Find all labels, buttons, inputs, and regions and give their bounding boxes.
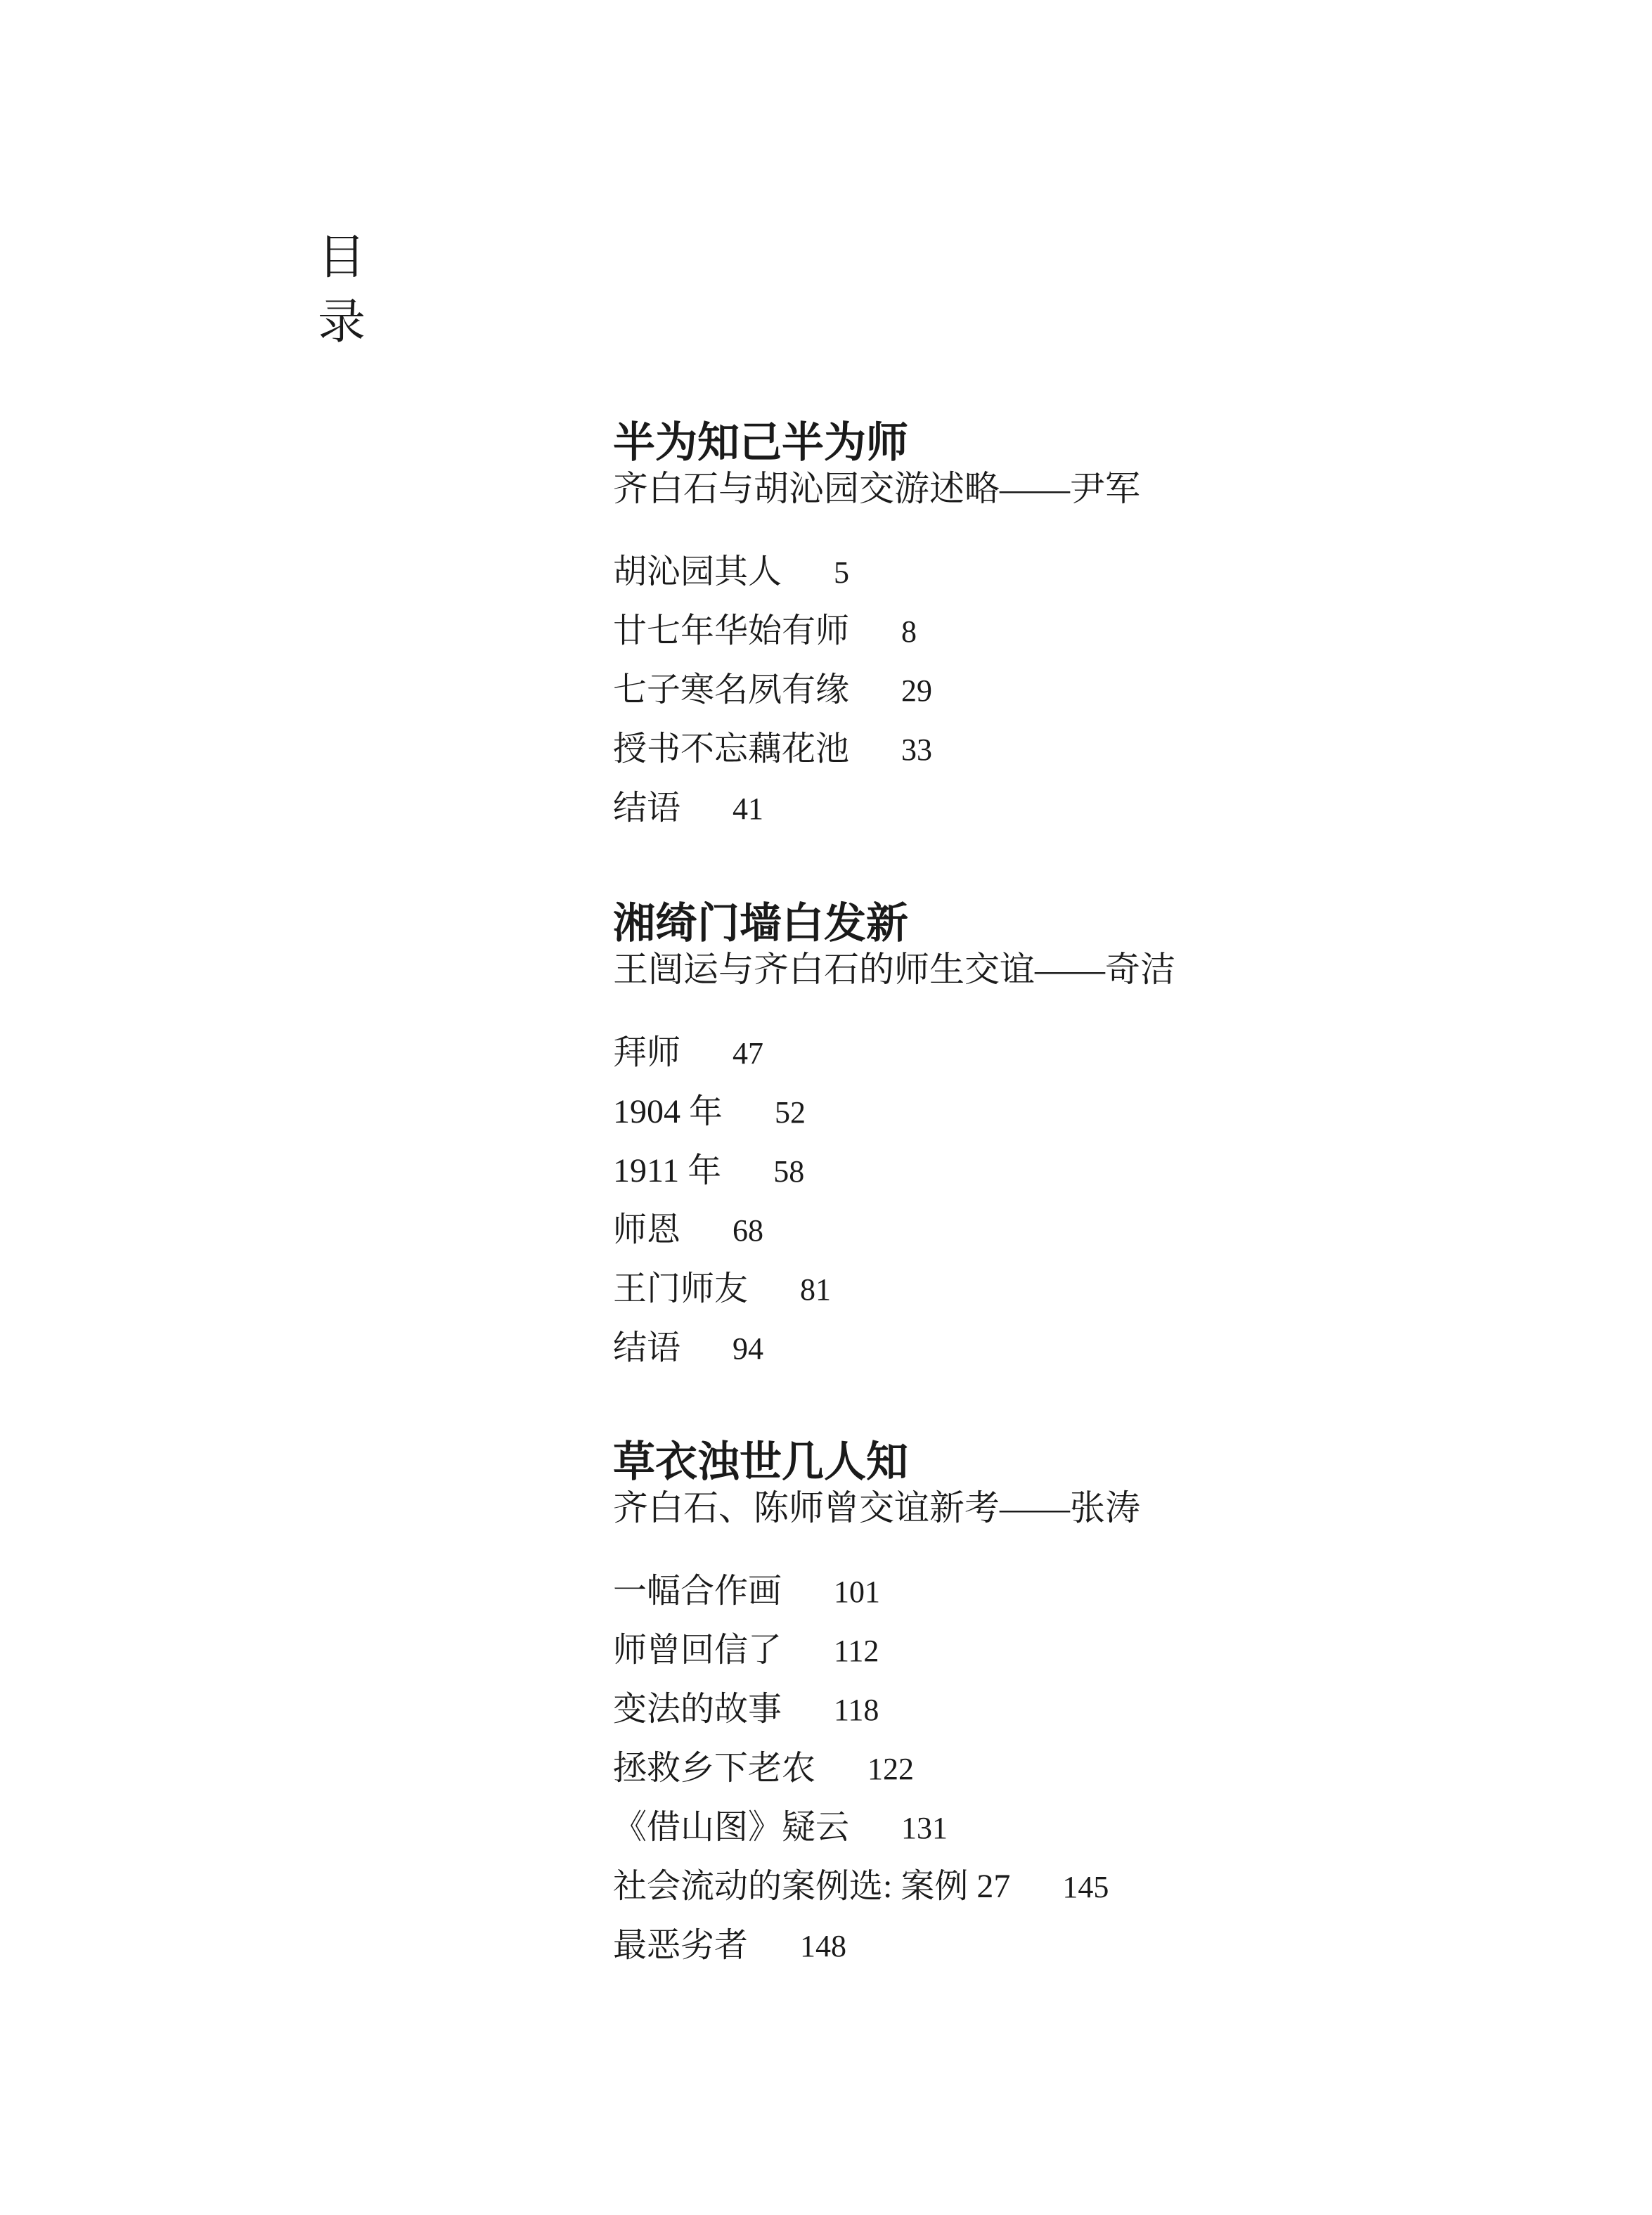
toc-entry-page: 29: [901, 673, 932, 708]
toc-entry-page: 101: [834, 1575, 880, 1609]
toc-entry-page: 47: [733, 1036, 763, 1071]
toc-entry: 廿七年华始有师8: [613, 602, 1140, 661]
toc-entry-label: 《借山图》疑云: [613, 1809, 849, 1846]
toc-entry-label: 社会流动的案例选: 案例 27: [613, 1868, 1010, 1905]
section-1-entries: 胡沁园其人5 廿七年华始有师8 七子寒名夙有缘29 授书不忘藕花池33 结语41: [613, 543, 1140, 838]
toc-entry: 授书不忘藕花池33: [613, 720, 1140, 779]
toc-entry: 七子寒名夙有缘29: [613, 661, 1140, 720]
toc-entry-page: 52: [775, 1095, 806, 1130]
toc-entry: 师曾回信了112: [613, 1621, 1140, 1680]
toc-entry-label: 1911 年: [613, 1152, 721, 1189]
page-title-char-2: 录: [318, 290, 366, 354]
section-2-entries: 拜师47 1904 年52 1911 年58 师恩68 王门师友81 结语94: [613, 1023, 1175, 1378]
toc-entry-label: 师曾回信了: [613, 1632, 782, 1669]
page-title-char-1: 目: [318, 225, 366, 290]
toc-entry: 拜师47: [613, 1023, 1175, 1083]
toc-entry: 最恶劣者148: [613, 1916, 1140, 1975]
section-3-entries: 一幅合作画101 师曾回信了112 变法的故事118 拯救乡下老农122 《借山…: [613, 1562, 1140, 1975]
toc-entry: 《借山图》疑云131: [613, 1798, 1140, 1857]
toc-entry-label: 王门师友: [613, 1270, 748, 1307]
toc-entry-page: 145: [1062, 1870, 1109, 1904]
toc-entry-label: 胡沁园其人: [613, 553, 782, 590]
toc-entry-label: 1904 年: [613, 1093, 723, 1130]
toc-entry: 变法的故事118: [613, 1680, 1140, 1739]
toc-page: 目 录 半为知己半为师 齐白石与胡沁园交游述略——尹军 胡沁园其人5 廿七年华始…: [0, 0, 1652, 2215]
toc-entry: 结语94: [613, 1319, 1175, 1378]
toc-section-2: 湘绮门墙白发新 王闿运与齐白石的师生交谊——奇洁 拜师47 1904 年52 1…: [613, 903, 1175, 1378]
page-title: 目 录: [318, 225, 366, 354]
section-3-title: 草衣浊世几人知: [613, 1441, 1140, 1483]
toc-entry-label: 结语: [613, 789, 680, 827]
toc-entry-label: 变法的故事: [613, 1691, 782, 1728]
toc-entry: 胡沁园其人5: [613, 543, 1140, 602]
toc-entry-page: 118: [834, 1693, 879, 1727]
toc-entry-page: 5: [834, 555, 849, 590]
toc-section-1: 半为知己半为师 齐白石与胡沁园交游述略——尹军 胡沁园其人5 廿七年华始有师8 …: [613, 422, 1140, 838]
section-2-subtitle: 王闿运与齐白石的师生交谊——奇洁: [613, 952, 1175, 987]
toc-entry-label: 最恶劣者: [613, 1927, 748, 1964]
toc-entry-label: 七子寒名夙有缘: [613, 671, 849, 709]
toc-entry: 1911 年58: [613, 1142, 1175, 1201]
toc-section-3: 草衣浊世几人知 齐白石、陈师曾交谊新考——张涛 一幅合作画101 师曾回信了11…: [613, 1441, 1140, 1975]
toc-entry-label: 一幅合作画: [613, 1573, 782, 1610]
toc-entry: 王门师友81: [613, 1260, 1175, 1319]
toc-entry-page: 112: [834, 1634, 879, 1668]
toc-entry-page: 58: [773, 1154, 804, 1189]
toc-entry-page: 122: [867, 1752, 914, 1786]
section-3-subtitle: 齐白石、陈师曾交谊新考——张涛: [613, 1490, 1140, 1525]
toc-entry-label: 授书不忘藕花池: [613, 730, 849, 768]
toc-entry: 结语41: [613, 779, 1140, 838]
toc-entry-page: 131: [901, 1811, 948, 1845]
section-1-title: 半为知己半为师: [613, 422, 1140, 464]
toc-entry-page: 94: [733, 1331, 763, 1366]
toc-entry-page: 68: [733, 1213, 763, 1248]
section-1-subtitle: 齐白石与胡沁园交游述略——尹军: [613, 471, 1140, 506]
toc-entry-page: 33: [901, 732, 932, 767]
toc-entry: 一幅合作画101: [613, 1562, 1140, 1621]
toc-entry-label: 拜师: [613, 1034, 680, 1071]
section-2-title: 湘绮门墙白发新: [613, 903, 1175, 945]
toc-entry-label: 结语: [613, 1329, 680, 1367]
toc-entry: 社会流动的案例选: 案例 27145: [613, 1857, 1140, 1916]
toc-entry-label: 廿七年华始有师: [613, 612, 849, 650]
toc-entry-label: 师恩: [613, 1211, 680, 1248]
toc-entry: 1904 年52: [613, 1083, 1175, 1142]
toc-entry-page: 148: [800, 1929, 846, 1963]
toc-entry-page: 8: [901, 614, 917, 649]
toc-entry-page: 41: [733, 792, 763, 826]
toc-entry-page: 81: [800, 1272, 831, 1307]
toc-entry: 拯救乡下老农122: [613, 1739, 1140, 1798]
toc-entry: 师恩68: [613, 1201, 1175, 1260]
toc-entry-label: 拯救乡下老农: [613, 1750, 815, 1787]
